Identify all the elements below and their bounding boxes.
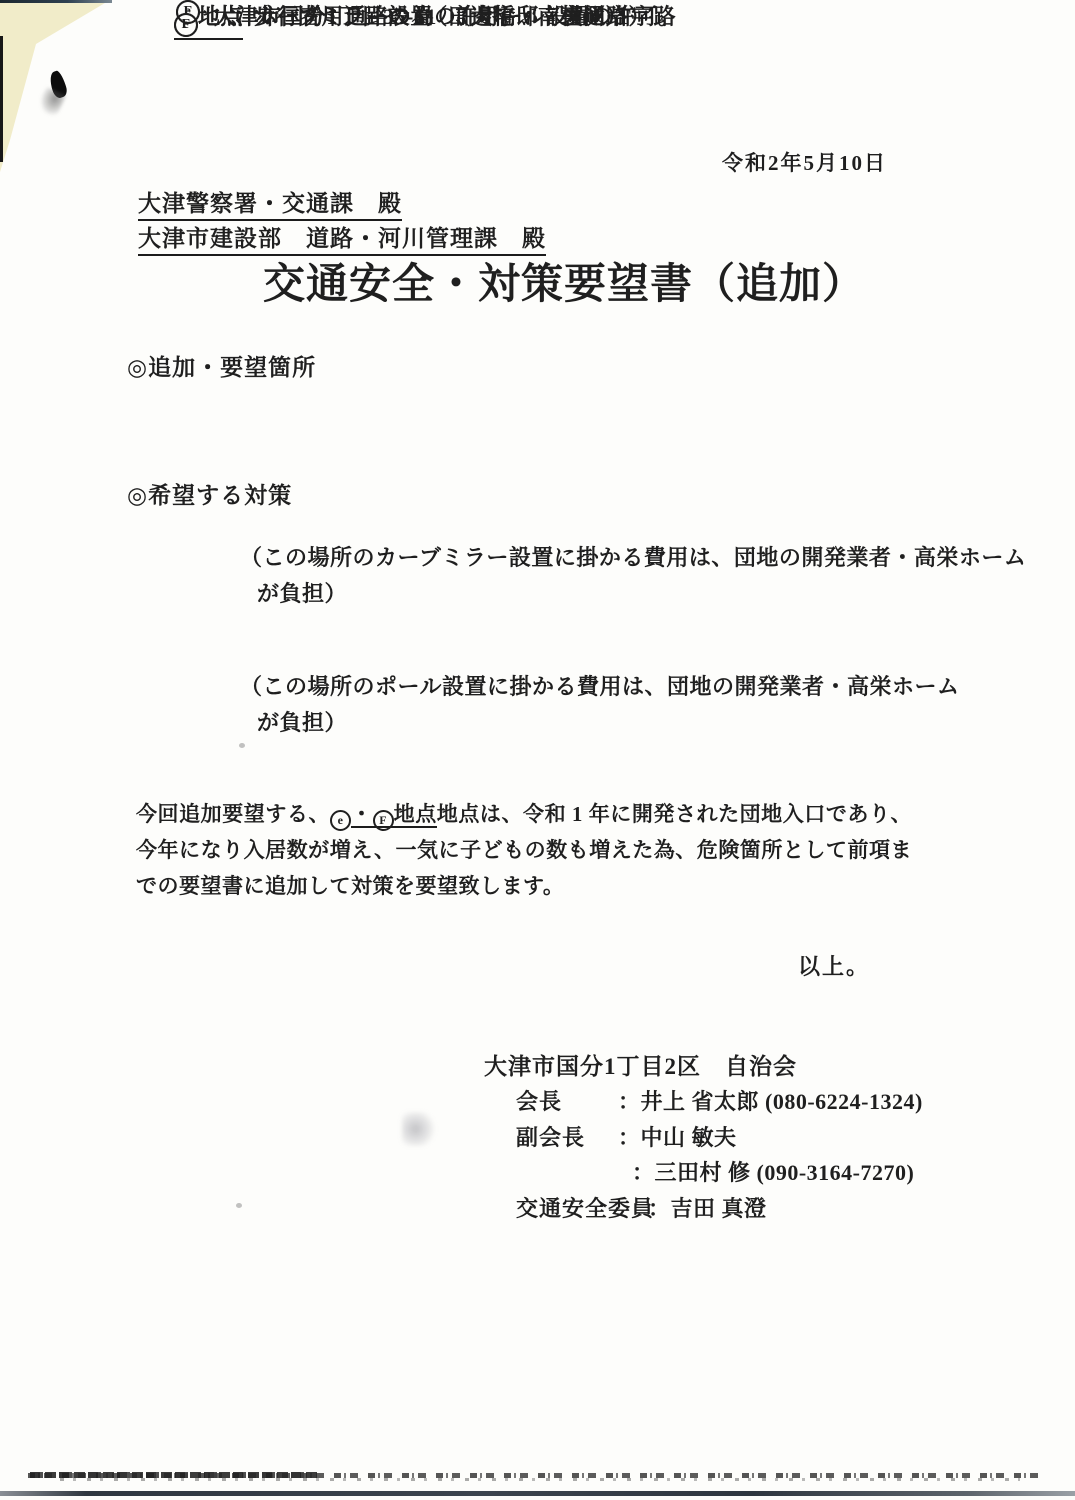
signature-name-traffic-safety: ：吉田 真澄 xyxy=(648,1192,767,1223)
left-scan-edge-artifact xyxy=(0,36,3,162)
underlined-point-ref: ・F地点 xyxy=(351,802,437,828)
section-heading-locations: ◎追加・要望箇所 xyxy=(127,349,316,382)
point-label-text: 地点 xyxy=(394,802,437,826)
circled-e-marker: e xyxy=(330,810,351,831)
signature-role-vice-chairman: 副会長 xyxy=(516,1121,585,1152)
bottom-scan-noise xyxy=(60,1478,1020,1481)
circled-f-marker: F xyxy=(373,810,394,831)
signature-name-vice-chairman-2: ：三田村 修 (090-3164-7270) xyxy=(632,1156,914,1187)
section-heading-measures: ◎希望する対策 xyxy=(127,477,292,510)
separator-dot: ・ xyxy=(351,802,373,826)
scan-smudge xyxy=(402,1112,436,1146)
paragraph-text: 今回追加要望する、 xyxy=(136,802,330,826)
point-label-f: F地点 xyxy=(174,0,243,40)
measure-cost-note: が負担） xyxy=(257,577,347,608)
scanned-document-page: 令和2年5月10日 大津警察署・交通課 殿 大津市建設部 道路・河川管理課 殿 … xyxy=(0,0,1075,1500)
body-paragraph: 今回追加要望する、e・F地点地点は、令和 1 年に開発された団地入口であり、今年… xyxy=(136,796,912,904)
closing-phrase: 以上。 xyxy=(798,950,870,981)
document-date: 令和2年5月10日 xyxy=(722,147,887,177)
signature-name-vice-chairman: ：中山 敏夫 xyxy=(618,1121,737,1152)
signature-role-traffic-safety: 交通安全委員 xyxy=(516,1192,654,1223)
bottom-scan-noise xyxy=(30,1472,320,1478)
measure-cost-note: （この場所のポール設置に掛かる費用は、団地の開発業者・高栄ホーム xyxy=(240,670,960,701)
signature-organization: 大津市国分1丁目2区 自治会 xyxy=(484,1048,797,1081)
measure-cost-note: が負担） xyxy=(257,706,347,737)
circled-f-marker: F xyxy=(174,13,198,37)
bottom-scan-line-artifact xyxy=(0,1491,1075,1496)
top-scan-edge-artifact xyxy=(0,0,112,3)
signature-role-chairman: 会長 xyxy=(516,1085,562,1116)
measure-action: 歩行者用通路の為の、ポール設置の許可。 xyxy=(254,0,680,31)
measure-cost-note: （この場所のカーブミラー設置に掛かる費用は、団地の開発業者・高栄ホーム xyxy=(240,541,1026,572)
signature-name-chairman: ：井上 省太郎 (080-6224-1324) xyxy=(618,1085,923,1116)
point-label-text: 地点 xyxy=(198,4,243,29)
addressee-police: 大津警察署・交通課 殿 xyxy=(138,185,402,221)
document-title: 交通安全・対策要望書（追加） xyxy=(263,251,865,311)
scan-speck xyxy=(236,1203,242,1208)
scan-speck xyxy=(239,743,245,748)
